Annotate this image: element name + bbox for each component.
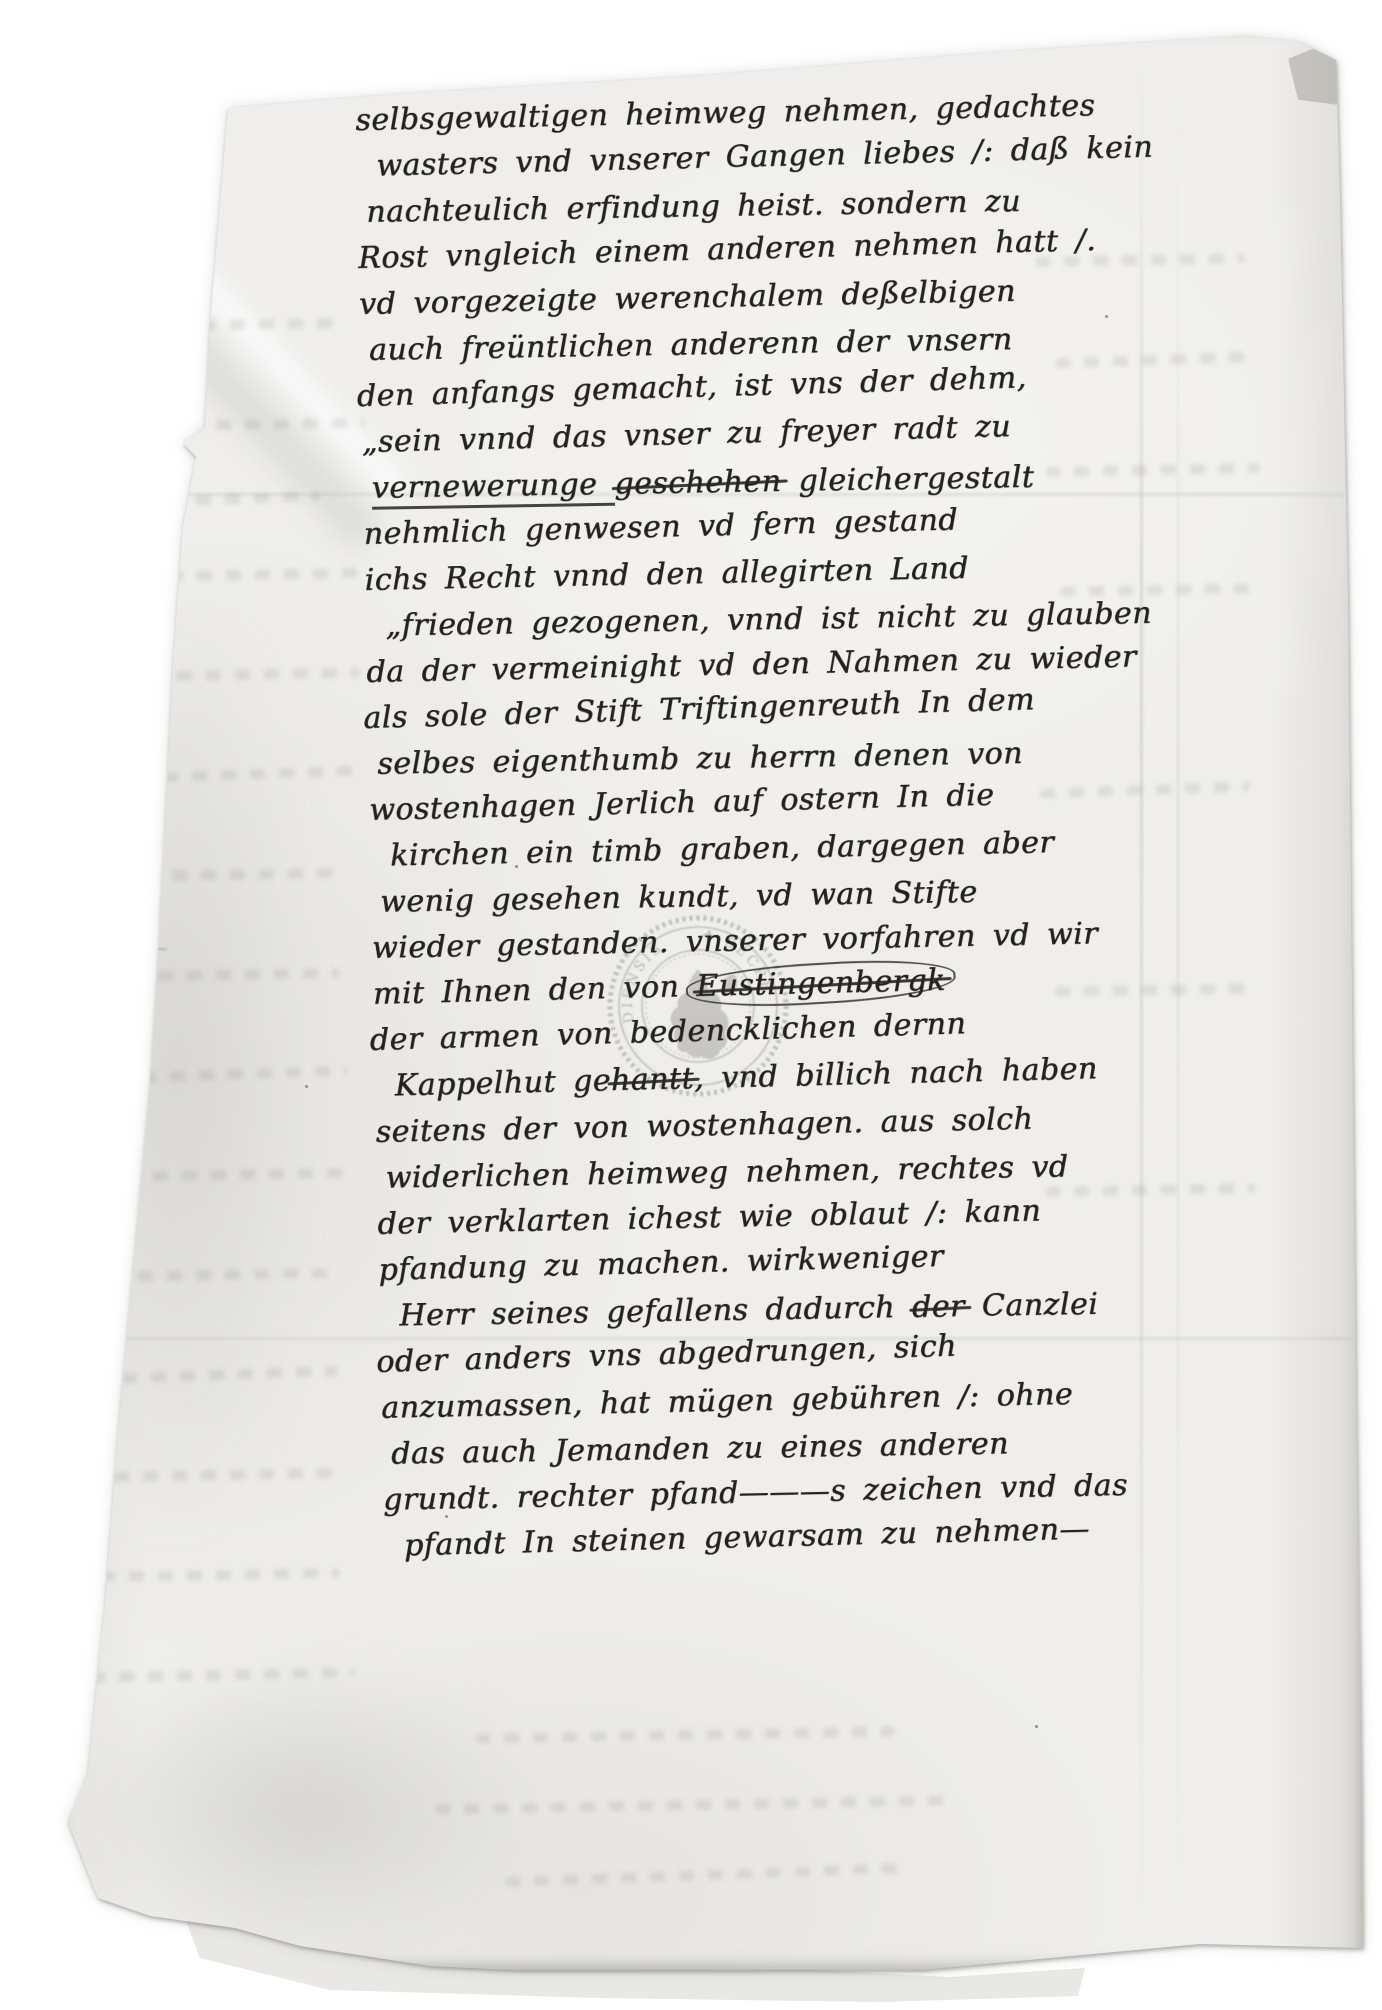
bleedthrough-ghost-line bbox=[80, 491, 320, 509]
bleedthrough-ghost-line bbox=[85, 318, 340, 332]
ink-speck bbox=[1035, 1725, 1038, 1728]
bleedthrough-ghost-line bbox=[85, 1468, 345, 1483]
edge-tear-crack bbox=[59, 942, 167, 951]
bleedthrough-ghost-line bbox=[100, 1568, 340, 1582]
handwritten-text: selbsgewaltigen heimweg nehmen, gedachte… bbox=[355, 88, 1096, 138]
bleedthrough-ghost-line bbox=[80, 1268, 340, 1283]
stain-diagonal-gray bbox=[27, 175, 391, 560]
ink-speck bbox=[305, 1085, 308, 1088]
handwritten-text: Canzlei bbox=[964, 1287, 1098, 1324]
manuscript-text-block: selbsgewaltigen heimweg nehmen, gedachte… bbox=[355, 88, 1144, 1575]
bleedthrough-ghost-line bbox=[100, 418, 365, 433]
corner-fold-mark bbox=[1288, 39, 1338, 105]
struck-word: Eustingenbergk bbox=[696, 963, 946, 1004]
handwritten-text: Kappelhut ge bbox=[394, 1063, 611, 1103]
bleedthrough-ghost-line bbox=[110, 568, 360, 582]
bleedthrough-ghost-line bbox=[83, 1065, 348, 1084]
bleedthrough-ghost-line bbox=[85, 868, 345, 883]
bleedthrough-ghost-line bbox=[90, 668, 360, 683]
bleedthrough-ghost-line bbox=[475, 1726, 895, 1743]
scan-background: ✚ SECRE DIENSIS selbsgewaltigen heimweg … bbox=[0, 0, 1382, 2010]
handwritten-text: mit Ihnen den von bbox=[372, 969, 696, 1012]
manuscript-page: ✚ SECRE DIENSIS selbsgewaltigen heimweg … bbox=[55, 25, 1365, 1970]
bleedthrough-ghost-line bbox=[90, 1668, 355, 1683]
struck-word: der bbox=[912, 1289, 965, 1325]
struck-word: hantt bbox=[610, 1061, 694, 1098]
bleedthrough-ghost-line bbox=[100, 968, 340, 982]
vertical-crease bbox=[1177, 85, 1179, 1925]
handwritten-text: Herr seines gefallens dadurch bbox=[399, 1290, 912, 1333]
stain-left-wash bbox=[35, 585, 315, 1535]
bleedthrough-ghost-line bbox=[505, 1863, 905, 1887]
vertical-crease bbox=[1140, 55, 1143, 1935]
bleedthrough-ghost-line bbox=[95, 1168, 345, 1182]
struck-word: geschehen bbox=[614, 464, 782, 502]
stain-bottom-wash bbox=[75, 1665, 535, 1955]
handwritten-text: vernewerunge bbox=[371, 467, 614, 510]
bleedthrough-ghost-line bbox=[435, 1795, 955, 1814]
bleedthrough-ghost-line bbox=[105, 766, 360, 785]
manuscript-page-wrap: ✚ SECRE DIENSIS selbsgewaltigen heimweg … bbox=[55, 25, 1365, 1970]
bleedthrough-ghost-line bbox=[93, 1366, 338, 1385]
handwritten-text: gleichergestalt bbox=[781, 460, 1034, 499]
